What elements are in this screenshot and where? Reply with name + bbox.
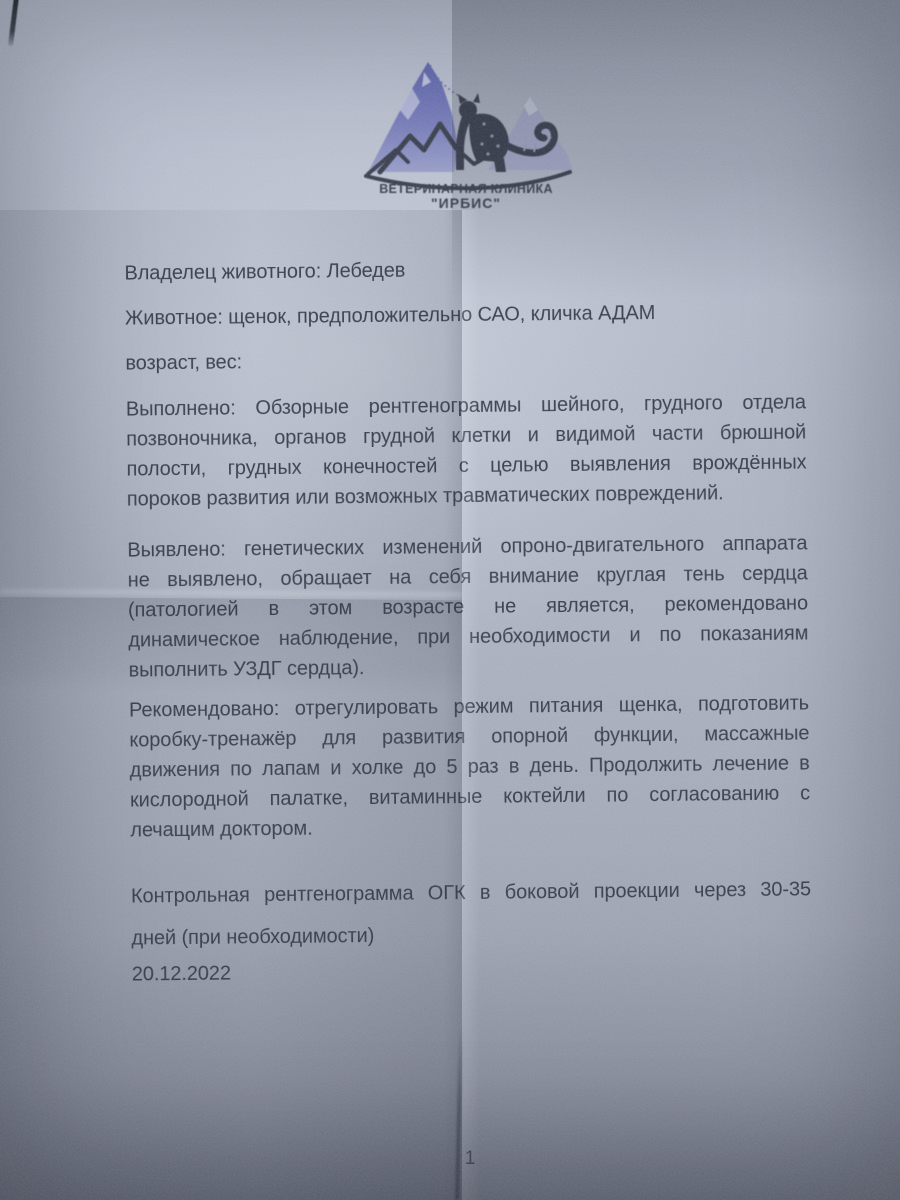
horizontal-fold-shadow: [0, 597, 462, 695]
vertical-fold-shadow: [0, 210, 462, 1200]
photo-of-veterinary-report: ВЕТЕРИНАРНАЯ КЛИНИКА "ИРБИС" Владелец жи…: [0, 0, 900, 1200]
pen-mark: [8, 0, 19, 46]
vertical-fold-highlight: [462, 210, 480, 1200]
